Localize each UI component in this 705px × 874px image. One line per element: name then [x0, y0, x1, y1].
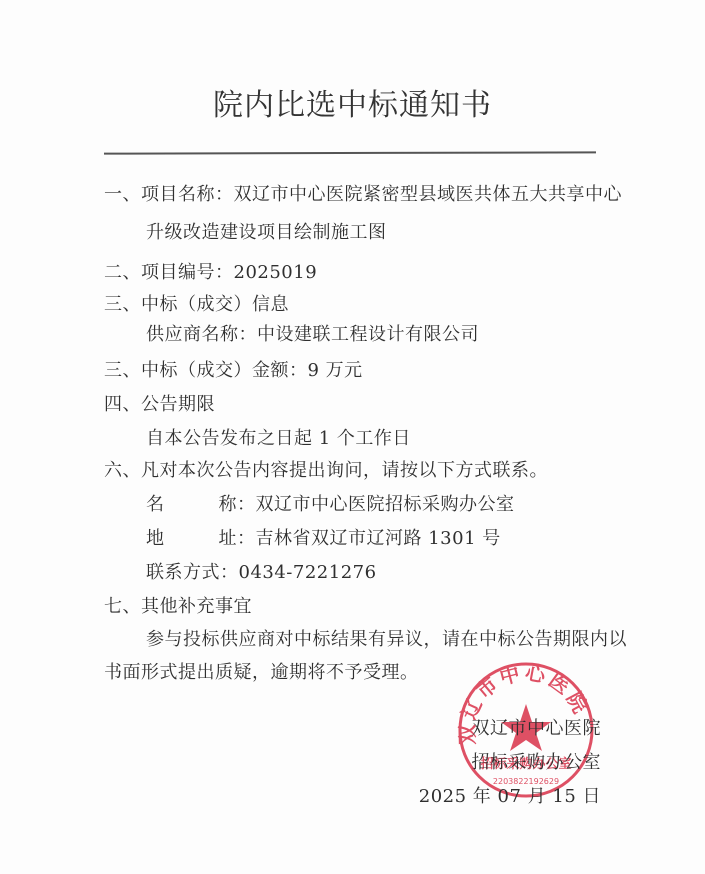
- signature-org: 双辽市中心医院: [472, 714, 602, 740]
- signature-date: 2025 年 07 月 15 日: [419, 782, 601, 808]
- signature-dept: 招标采购办公室: [472, 748, 602, 774]
- supplier-name: 供应商名称：中设建联工程设计有限公司: [146, 320, 479, 346]
- project-number: 二、项目编号：2025019: [104, 258, 317, 284]
- document-title: 院内比选中标通知书: [0, 80, 705, 124]
- contact-address-key-a: 地: [146, 528, 165, 549]
- other-matters-heading: 七、其他补充事宜: [104, 592, 252, 618]
- contact-address-key-b: 址：: [219, 528, 256, 549]
- award-info-heading: 三、中标（成交）信息: [104, 290, 289, 316]
- contact-phone: 联系方式：0434-7221276: [146, 558, 377, 584]
- contact-name-row: 名称：双辽市中心医院招标采购办公室: [146, 490, 515, 516]
- contact-name-key-b: 称：: [219, 494, 256, 515]
- award-amount: 三、中标（成交）金额：9 万元: [104, 356, 363, 382]
- project-name: 一、项目名称：双辽市中心医院紧密型县域医共体五大共享中心: [104, 180, 622, 206]
- document-page: 院内比选中标通知书 一、项目名称：双辽市中心医院紧密型县域医共体五大共享中心 升…: [0, 0, 705, 874]
- other-matters-para-1: 参与投标供应商对中标结果有异议，请在中标公告期限内以: [146, 625, 627, 651]
- contact-address-row: 地址：吉林省双辽市辽河路 1301 号: [146, 524, 501, 550]
- notice-period-heading: 四、公告期限: [104, 390, 215, 416]
- other-matters-para-2: 书面形式提出质疑，逾期将不予受理。: [104, 658, 419, 684]
- notice-period-content: 自本公告发布之日起 1 个工作日: [146, 424, 411, 450]
- contact-address-value: 吉林省双辽市辽河路 1301 号: [256, 528, 501, 549]
- header-divider: [104, 151, 596, 154]
- contact-name-value: 双辽市中心医院招标采购办公室: [256, 494, 515, 515]
- project-name-continued: 升级改造建设项目绘制施工图: [146, 218, 387, 244]
- contact-heading: 六、凡对本次公告内容提出询问，请按以下方式联系。: [104, 456, 548, 482]
- contact-name-key-a: 名: [146, 494, 165, 515]
